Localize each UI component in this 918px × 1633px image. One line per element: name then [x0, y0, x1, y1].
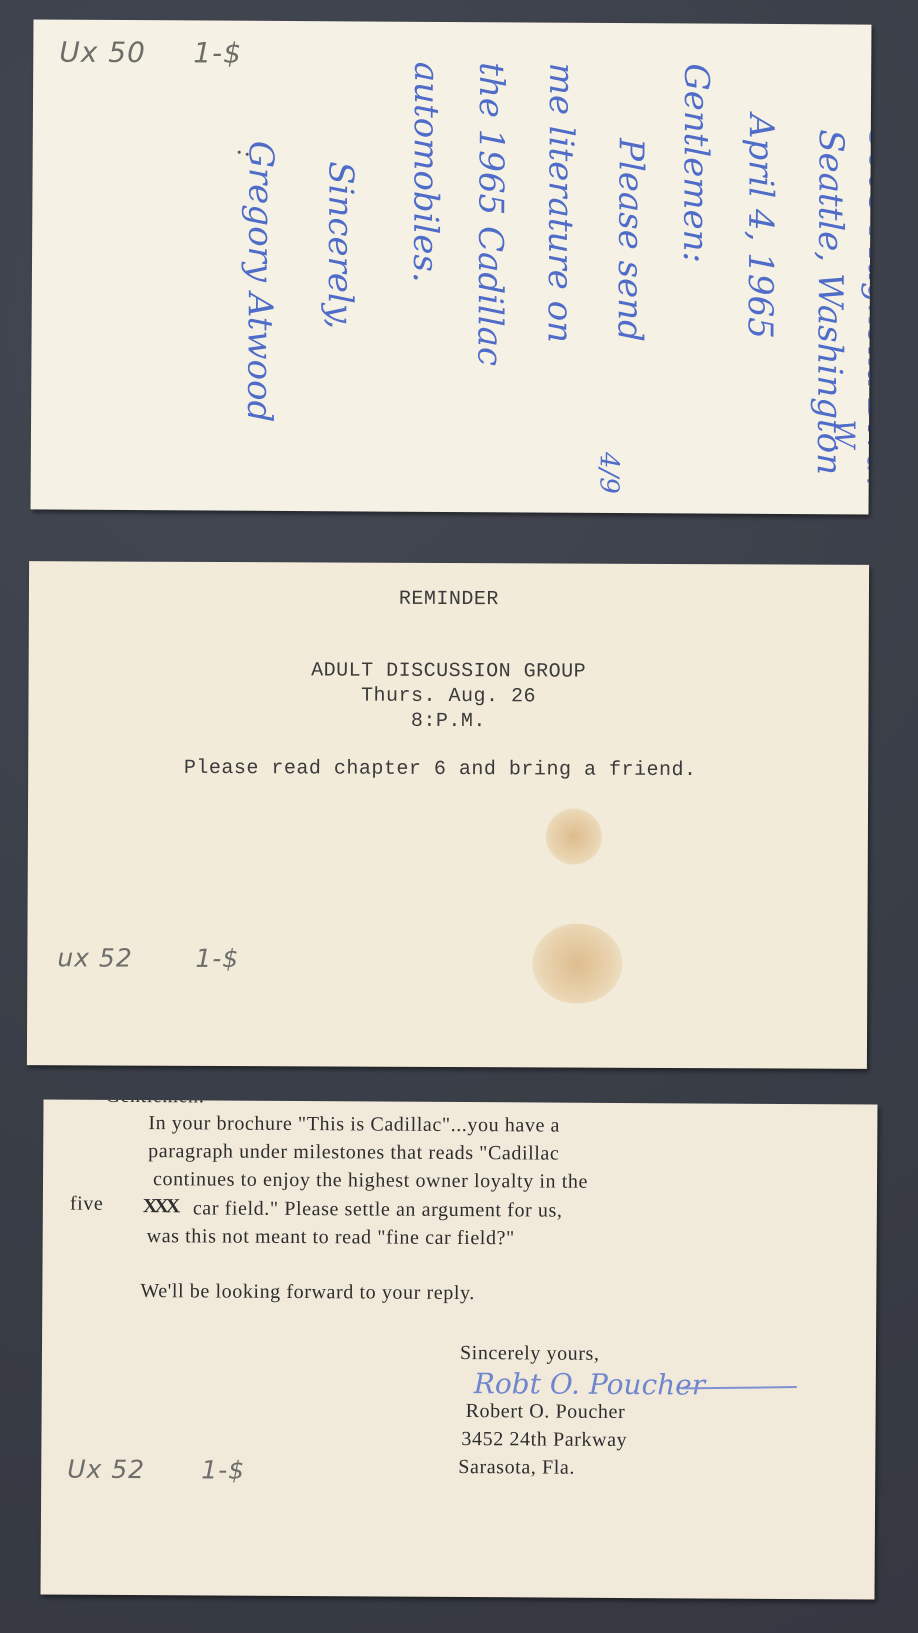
- sender-address-line2: Sarasota, Fla.: [458, 1456, 575, 1480]
- reminder-message: Please read chapter 6 and bring a friend…: [27, 756, 860, 783]
- handwritten-signature: Robt O. Poucher: [474, 1367, 706, 1401]
- body-line: continues to enjoy the highest owner loy…: [153, 1168, 588, 1194]
- stain: [546, 808, 602, 864]
- pencil-catalog-note: ux 52: [57, 943, 133, 972]
- closing-line: We'll be looking forward to your reply.: [140, 1280, 475, 1305]
- pencil-price-note: 1-$: [195, 944, 239, 973]
- side-note: 4/9: [594, 452, 624, 494]
- reminder-title: REMINDER: [29, 586, 869, 613]
- signature-stroke: [682, 1386, 797, 1389]
- handwritten-postcard: Ux 50 1-$ 3605 Magnolia Blvd. W. Seattle…: [31, 19, 872, 514]
- pencil-catalog-note: Ux 52: [67, 1455, 145, 1484]
- salutation: Gentlemen:: [678, 63, 713, 263]
- address-line: 3605 Magnolia Blvd.: [862, 130, 872, 487]
- body-line: was this not meant to read "fine car fie…: [147, 1225, 515, 1250]
- stain: [532, 923, 622, 1003]
- body-line: me literature on: [543, 63, 579, 344]
- body-line: automobiles.: [408, 62, 443, 283]
- pencil-price-note: 1-$: [201, 1455, 245, 1484]
- body-line: In your brochure "This is Cadillac"...yo…: [148, 1112, 560, 1138]
- reminder-card: REMINDER ADULT DISCUSSION GROUP Thurs. A…: [27, 561, 869, 1069]
- body-line: the 1965 Cadillac: [472, 62, 508, 366]
- body-line: car field." Please settle an argument fo…: [193, 1197, 563, 1222]
- margin-correction: five: [70, 1193, 104, 1216]
- typed-letter-card: Gentlemen: In your brochure "This is Cad…: [40, 1099, 877, 1599]
- salutation: Gentlemen:: [105, 1099, 204, 1108]
- body-line: paragraph under milestones that reads "C…: [148, 1140, 559, 1166]
- city-line: Seattle, Washington: [812, 129, 848, 475]
- signoff: Sincerely yours,: [460, 1342, 600, 1366]
- struck-word: XXX: [143, 1195, 177, 1218]
- date-line: April 4, 1965: [743, 114, 778, 339]
- sender-name: Robert O. Poucher: [466, 1400, 626, 1424]
- event-date: Thurs. Aug. 26: [28, 683, 868, 710]
- handwritten-letter: 3605 Magnolia Blvd. W. Seattle, Washingt…: [116, 30, 872, 505]
- body-line: Please send: [613, 138, 648, 342]
- event-time: 8:P.M.: [28, 708, 868, 735]
- signature: Gregory Atwood: [242, 141, 278, 423]
- closing: Sincerely,: [323, 161, 358, 329]
- event-name: ADULT DISCUSSION GROUP: [29, 658, 869, 685]
- sender-address-line1: 3452 24th Parkway: [461, 1428, 627, 1452]
